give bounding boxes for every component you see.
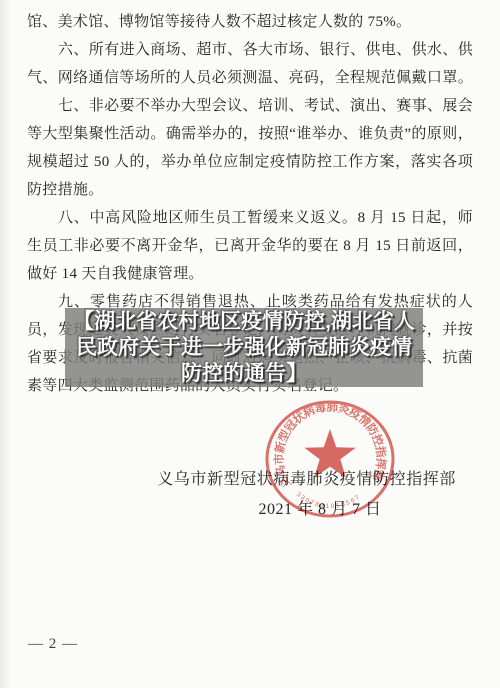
- overlay-title-line: 【湖北省农村地区疫情防控,湖北省人: [73, 309, 415, 335]
- body-line: 防控措施。: [27, 176, 473, 204]
- document-page: 馆、美术馆、博物馆等接待人数不超过核定人数的 75%。六、所有进入商场、超市、各…: [0, 0, 500, 688]
- body-line: 馆、美术馆、博物馆等接待人数不超过核定人数的 75%。: [27, 8, 473, 36]
- body-line: 七、非必要不举办大型会议、培训、考试、演出、赛事、展会: [27, 92, 473, 120]
- body-line: 生员工非必要不离开金华，已离开金华的要在 8 月 15 日前返回，: [27, 232, 473, 260]
- caption-overlay: 【湖北省农村地区疫情防控,湖北省人民政府关于进一步强化新冠肺炎疫情防控的通告】: [65, 308, 423, 387]
- overlay-title-line: 民政府关于进一步强化新冠肺炎疫情: [76, 335, 412, 361]
- body-line: 等大型集聚性活动。确需举办的，按照“谁举办、谁负责”的原则，: [27, 120, 473, 148]
- body-line: 气、网络通信等场所的人员必须测温、亮码，全程规范佩戴口罩。: [27, 64, 473, 92]
- signature-line: 义乌市新型冠状病毒肺炎疫情防控指挥部: [157, 466, 456, 489]
- body-line: 规模超过 50 人的，举办单位应制定疫情防控工作方案，落实各项: [27, 148, 473, 176]
- body-line: 八、中高风险地区师生员工暂缓来义返义。8 月 15 日起，师: [27, 204, 473, 232]
- body-line: 六、所有进入商场、超市、各大市场、银行、供电、供水、供: [27, 36, 473, 64]
- overlay-title-line: 防控的通告】: [181, 361, 307, 387]
- page-number: — 2 —: [28, 636, 78, 653]
- scan-edge-shade: [0, 0, 12, 688]
- body-line: 做好 14 天自我健康管理。: [27, 260, 473, 288]
- date-line: 2021 年 8 月 7 日: [258, 496, 381, 519]
